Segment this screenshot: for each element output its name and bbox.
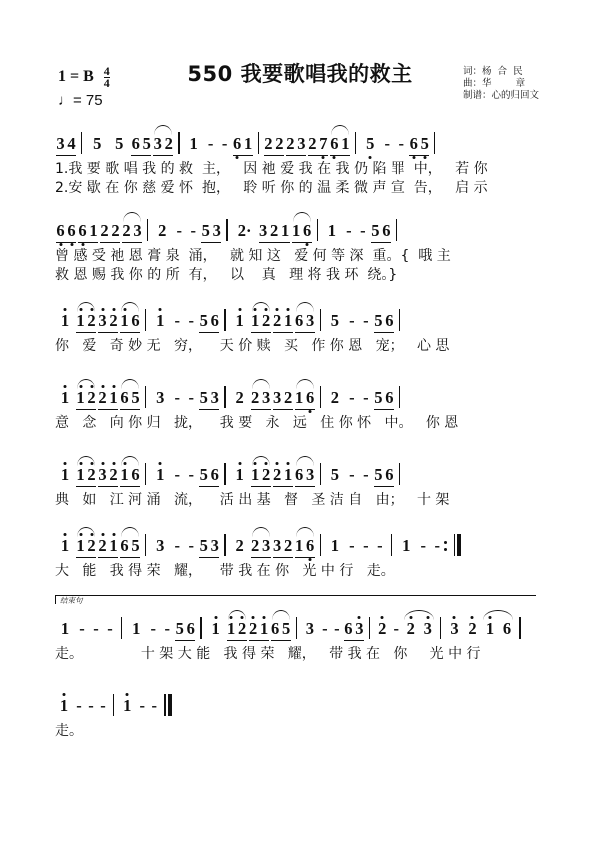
note: 2 [108, 311, 119, 331]
underline-beam [175, 640, 195, 641]
low-octave-dot [333, 156, 336, 159]
note-group: 16 [119, 465, 141, 485]
barline [224, 534, 225, 556]
notes-row: 1---1-- [55, 680, 555, 716]
underline-beam [227, 640, 247, 641]
note: 5 [198, 388, 209, 408]
note: - [373, 536, 387, 556]
high-octave-dot [214, 616, 217, 619]
barline [519, 617, 520, 639]
note-group: 16 [481, 619, 515, 639]
high-octave-dot [101, 533, 104, 536]
note: 5 [198, 536, 209, 556]
slur [121, 302, 139, 312]
note: 1 [126, 619, 146, 639]
high-octave-dot [252, 616, 255, 619]
note: 5 [130, 536, 141, 556]
note: 6 [384, 311, 395, 331]
note: 1 [184, 134, 204, 154]
high-octave-dot [112, 533, 115, 536]
note-group: 56 [373, 388, 395, 408]
credits: 词：杨 合 民 曲：华 章 制谱：心的归回文 [463, 66, 539, 102]
note-group: 23 [250, 536, 272, 556]
note-group: 23 [402, 619, 436, 639]
note: - [97, 696, 109, 716]
underline-beam [259, 242, 290, 243]
note: 3 [55, 134, 66, 154]
underline-beam [120, 557, 140, 558]
note: 2 [463, 619, 481, 639]
note: 6 [329, 134, 340, 154]
note: - [331, 619, 343, 639]
quarter-note-icon: ♩ [58, 92, 73, 109]
note: 6 [55, 221, 66, 241]
note: - [160, 619, 174, 639]
note: 1 [325, 536, 345, 556]
note-group: 16 [294, 536, 316, 556]
note: 2 [110, 221, 121, 241]
underline-beam [273, 332, 293, 333]
note: 1 [119, 465, 130, 485]
underline-beam [295, 486, 315, 487]
thin-bar [164, 694, 165, 716]
notes-row: 666122232--532·321161--56 [55, 205, 555, 241]
note: 1 [294, 388, 305, 408]
note: 2 [261, 465, 272, 485]
barline [224, 386, 225, 408]
note: - [184, 465, 198, 485]
note-group: 12 [250, 311, 272, 331]
barline [399, 386, 400, 408]
note: 1 [226, 619, 237, 639]
note: 6 [302, 221, 313, 241]
underline-beam [374, 332, 394, 333]
barline [145, 463, 146, 485]
note: 2 [237, 619, 248, 639]
note-group: 56 [370, 221, 392, 241]
note: - [345, 388, 359, 408]
underline-beam [76, 409, 96, 410]
high-octave-dot [101, 385, 104, 388]
slur [331, 125, 349, 135]
slur [121, 456, 139, 466]
notes-row: 345565321--61222327615--65 [55, 118, 555, 154]
barline [224, 463, 225, 485]
underline-beam [308, 155, 328, 156]
note: 6 [77, 221, 88, 241]
slur [121, 527, 139, 537]
note: 1 [88, 221, 99, 241]
score-line: 11221653--5322332161---1--大 能 我 得 荣 耀， 带… [55, 520, 555, 581]
note: 3 [354, 619, 365, 639]
composer: 曲：华 章 [463, 78, 539, 90]
lyric-line: 曾 感 受 祂 恩 膏 泉 涌， 就 知 这 爱 何 等 深 重。{ 哦 主 [55, 247, 555, 266]
note: 6 [408, 134, 419, 154]
underline-beam [344, 640, 364, 641]
note: - [359, 465, 373, 485]
note: 5 [174, 619, 185, 639]
note: 7 [318, 134, 329, 154]
barline [200, 617, 201, 639]
slur [252, 456, 270, 466]
note: 3 [97, 311, 108, 331]
note-group: 56 [198, 311, 220, 331]
note: - [359, 536, 373, 556]
underline-beam [330, 155, 350, 156]
note: 2 [230, 536, 250, 556]
note: 1 [55, 536, 75, 556]
notes-row: 11221653--5322332161---1-- [55, 520, 555, 556]
note: 2 [325, 388, 345, 408]
note-group: 21 [248, 619, 270, 639]
score-line: 345565321--61222327615--651.我 要 歌 唱 我 的 … [55, 118, 555, 198]
note-group: 65 [408, 134, 430, 154]
note: 2 [248, 619, 259, 639]
underline-beam [233, 155, 253, 156]
high-octave-dot [112, 462, 115, 465]
note: - [345, 536, 359, 556]
underline-beam [264, 155, 284, 156]
note: 2 [86, 388, 97, 408]
underline-beam [199, 332, 219, 333]
note: - [204, 134, 218, 154]
note: - [148, 696, 160, 716]
lyric-line: 意 念 向 你 归 拢， 我 要 永 远 住 你 怀 中。 你 恩 [55, 414, 555, 433]
note: - [172, 221, 186, 241]
note-group: 27 [307, 134, 329, 154]
note: 3 [301, 619, 319, 639]
note: 2 [261, 311, 272, 331]
note: - [170, 388, 184, 408]
note-group: 61 [329, 134, 351, 154]
high-octave-dot [101, 308, 104, 311]
underline-beam [120, 332, 140, 333]
lyric-line: 1.我 要 歌 唱 我 的 救 主， 因 祂 爱 我 在 我 仍 陷 罪 中， … [55, 160, 555, 179]
underline-beam [286, 155, 306, 156]
underline-beam [122, 242, 142, 243]
underline-beam [251, 486, 271, 487]
underline-beam [295, 332, 315, 333]
note-group: 12 [75, 536, 97, 556]
note: 1 [150, 311, 170, 331]
notes-row: 11232161--5611221635--56 [55, 295, 555, 331]
note: - [394, 134, 408, 154]
note: - [170, 311, 184, 331]
underline-beam [56, 242, 76, 243]
note: - [319, 619, 331, 639]
barline [145, 386, 146, 408]
lyric-line: 走。 十 架 大 能 我 得 荣 耀， 带 我 在 你 光 中 行 [55, 645, 555, 664]
note: 3 [132, 221, 143, 241]
note: - [146, 619, 160, 639]
note: 1 [291, 221, 302, 241]
note: - [73, 696, 85, 716]
lyric-line: 救 恩 赐 我 你 的 所 有， 以 真 理 将 我 环 绕。} [55, 266, 555, 285]
note: 2 [108, 465, 119, 485]
score-line: 1---1--5611221653--632-233216结束句走。 十 架 大… [55, 603, 555, 664]
note-group: 12 [250, 465, 272, 485]
note: 5 [325, 465, 345, 485]
repeat-sign [444, 536, 447, 556]
high-octave-dot [101, 462, 104, 465]
note: - [103, 619, 117, 639]
high-octave-dot [287, 462, 290, 465]
high-octave-dot [112, 308, 115, 311]
high-octave-dot [238, 462, 241, 465]
note: 6 [343, 619, 354, 639]
slur [296, 379, 314, 389]
note: 5 [419, 134, 430, 154]
note: 2 [99, 221, 110, 241]
underline-beam [251, 332, 271, 333]
final-barline [164, 694, 171, 716]
score-line: 1---1--走。 [55, 680, 555, 741]
note: 5 [373, 311, 384, 331]
slur [77, 456, 95, 466]
note: 1 [283, 465, 294, 485]
note: 1 [150, 465, 170, 485]
underline-beam [271, 640, 291, 641]
barline [81, 132, 82, 154]
score-line: 11232161--5611221635--56典 如 江 河 涌 流， 活 出… [55, 449, 555, 510]
note: 2 [263, 134, 274, 154]
note-group: 12 [75, 465, 97, 485]
underline-beam [273, 409, 293, 410]
low-octave-dot [309, 558, 312, 561]
note: 1 [55, 388, 75, 408]
slur [483, 610, 513, 620]
underline-beam [98, 332, 118, 333]
note: 1 [108, 536, 119, 556]
note: 6 [384, 388, 395, 408]
note: - [345, 311, 359, 331]
note: 2 [121, 221, 132, 241]
note-group: 32 [272, 388, 294, 408]
note: 2 [250, 536, 261, 556]
note: - [359, 311, 373, 331]
underline-beam [273, 486, 293, 487]
note: - [186, 221, 200, 241]
slur [296, 302, 314, 312]
high-octave-dot [471, 616, 474, 619]
high-octave-dot [276, 462, 279, 465]
thick-bar [168, 694, 172, 716]
underline-beam [295, 557, 315, 558]
barline [440, 617, 441, 639]
note: - [430, 536, 444, 556]
note: 2 [86, 465, 97, 485]
note-group: 12 [226, 619, 248, 639]
note-group: 21 [97, 388, 119, 408]
low-octave-dot [59, 243, 62, 246]
barline [121, 617, 122, 639]
note: 6 [209, 311, 220, 331]
notes-row: 11232161--5611221635--56 [55, 449, 555, 485]
barline [399, 463, 400, 485]
barline [434, 132, 435, 154]
note: - [89, 619, 103, 639]
note-group: 61 [232, 134, 254, 154]
note-group: 22 [99, 221, 121, 241]
low-octave-dot [423, 156, 426, 159]
barline [147, 219, 148, 241]
note: 6 [294, 465, 305, 485]
barline [320, 309, 321, 331]
note: 5 [370, 221, 381, 241]
note-group: 16 [291, 221, 313, 241]
underline-beam [374, 486, 394, 487]
note: - [416, 536, 430, 556]
slur [296, 527, 314, 537]
slur [252, 302, 270, 312]
transcriber: 制谱：心的归回文 [463, 90, 539, 102]
underline-beam [371, 242, 391, 243]
note: 3 [296, 134, 307, 154]
note-group: 321 [258, 221, 291, 241]
slur [77, 527, 95, 537]
note: 5 [200, 221, 211, 241]
note: 5 [86, 134, 108, 154]
note: 1 [283, 311, 294, 331]
note: 3 [97, 465, 108, 485]
high-octave-dot [358, 616, 361, 619]
note: 3 [211, 221, 222, 241]
barline [145, 309, 146, 331]
note-group: 21 [272, 465, 294, 485]
barline [113, 694, 114, 716]
note: - [359, 388, 373, 408]
low-octave-dot [309, 410, 312, 413]
note-group: 34 [55, 134, 77, 154]
note: 2· [232, 221, 258, 241]
underline-beam [409, 155, 429, 156]
notes-row: 1---1--5611221653--632-233216 [55, 603, 555, 639]
note: 1 [250, 465, 261, 485]
notes-row: 11221653--5322332162--56 [55, 372, 555, 408]
underline-beam [295, 409, 315, 410]
barline [396, 219, 397, 241]
high-octave-dot [64, 385, 67, 388]
slur [123, 212, 141, 222]
note: 6 [232, 134, 243, 154]
note: 6 [66, 221, 77, 241]
note: 6 [130, 311, 141, 331]
underline-beam [56, 155, 76, 156]
note-group: 56 [373, 465, 395, 485]
note: 1 [280, 221, 291, 241]
slur [77, 302, 95, 312]
barline [320, 463, 321, 485]
slur [404, 610, 434, 620]
slur [228, 610, 246, 620]
note: 5 [360, 134, 380, 154]
note: 2 [402, 619, 419, 639]
underline-beam [98, 557, 118, 558]
note: 3 [272, 388, 283, 408]
note: - [356, 221, 370, 241]
note: 6 [119, 388, 130, 408]
note: 5 [198, 311, 209, 331]
slur [252, 527, 270, 537]
note: 1 [322, 221, 342, 241]
underline-beam [76, 557, 96, 558]
note: 6 [130, 134, 141, 154]
note: 6 [130, 465, 141, 485]
note: 1 [230, 465, 250, 485]
score-line: 666122232--532·321161--56曾 感 受 祂 恩 膏 泉 涌… [55, 205, 555, 285]
note: 3 [419, 619, 436, 639]
note-group: 23 [121, 221, 143, 241]
thin-bar [454, 534, 455, 556]
note-group: 56 [174, 619, 196, 639]
dot [444, 541, 447, 544]
note: 3 [152, 134, 163, 154]
note: 1 [259, 619, 270, 639]
barline [317, 219, 318, 241]
note: - [345, 465, 359, 485]
note: 3 [261, 388, 272, 408]
note-group: 12 [75, 388, 97, 408]
note: 1 [75, 388, 86, 408]
note: 3 [445, 619, 463, 639]
note: - [170, 465, 184, 485]
note: - [184, 388, 198, 408]
thick-bar [457, 534, 461, 556]
note: 5 [281, 619, 292, 639]
barline [296, 617, 297, 639]
note-group: 63 [294, 465, 316, 485]
high-octave-dot [63, 693, 66, 696]
note: 3 [258, 221, 269, 241]
note: 1 [230, 311, 250, 331]
note: - [136, 696, 148, 716]
note-group: 53 [200, 221, 222, 241]
note-group: 32 [152, 134, 174, 154]
note: - [184, 536, 198, 556]
note: 1 [55, 696, 73, 716]
barline [224, 309, 225, 331]
note-group: 66 [55, 221, 77, 241]
underline-beam [76, 332, 96, 333]
note-group: 65 [119, 536, 141, 556]
underline-beam [199, 409, 219, 410]
note: 2 [97, 536, 108, 556]
note: 2 [152, 221, 172, 241]
underline-beam [131, 155, 151, 156]
note: 6 [209, 465, 220, 485]
lyric-line: 2.安 歇 在 你 慈 爱 怀 抱， 聆 听 你 的 温 柔 微 声 宣 告， … [55, 179, 555, 198]
note: 6 [381, 221, 392, 241]
note: 1 [206, 619, 226, 639]
note: 3 [150, 388, 170, 408]
high-octave-dot [453, 616, 456, 619]
note: 2 [374, 619, 390, 639]
note: 5 [108, 134, 130, 154]
lyric-line: 走。 [55, 722, 555, 741]
note: 5 [198, 465, 209, 485]
note: 5 [141, 134, 152, 154]
note: - [380, 134, 394, 154]
barline [369, 617, 370, 639]
note-group: 61 [77, 221, 99, 241]
slur [77, 379, 95, 389]
score-line: 11232161--5611221635--56你 爱 奇 妙 无 穷， 天 价… [55, 295, 555, 356]
underline-beam [249, 640, 269, 641]
underline-beam [292, 242, 312, 243]
high-octave-dot [287, 308, 290, 311]
note: 1 [55, 465, 75, 485]
slur [272, 610, 290, 620]
